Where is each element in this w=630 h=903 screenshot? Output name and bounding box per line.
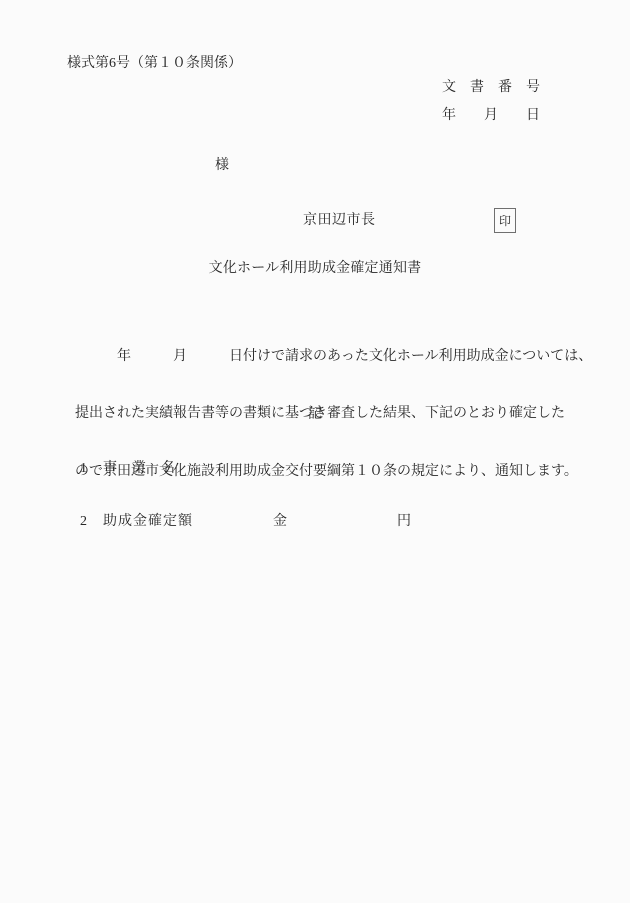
date-blank-line: 年 月 日 bbox=[442, 108, 540, 124]
document-number-label: 文 書 番 号 bbox=[442, 80, 540, 96]
document-title: 文化ホール利用助成金確定通知書 bbox=[0, 261, 630, 277]
item-2-number: 2 bbox=[80, 514, 87, 530]
record-marker: 記 bbox=[0, 407, 630, 423]
body-line-1: 年 月 日付けで請求のあった文化ホール利用助成金については、 bbox=[75, 344, 567, 369]
form-number: 様式第6号（第１０条関係） bbox=[67, 56, 242, 72]
sender-title: 京田辺市長 bbox=[303, 213, 376, 229]
item-1-label: 事 業 名 bbox=[103, 461, 176, 477]
addressee-honorific: 様 bbox=[215, 158, 229, 174]
item-2-label: 助成金確定額 bbox=[103, 514, 193, 530]
seal-character: 印 bbox=[499, 215, 511, 227]
item-2-amount-prefix: 金 bbox=[273, 514, 287, 530]
document-page: 様式第6号（第１０条関係） 文 書 番 号 年 月 日 様 京田辺市長 印 文化… bbox=[0, 0, 630, 903]
item-2-amount-unit: 円 bbox=[397, 514, 411, 530]
seal-box: 印 bbox=[494, 208, 516, 233]
item-1-number: 1 bbox=[80, 461, 87, 477]
